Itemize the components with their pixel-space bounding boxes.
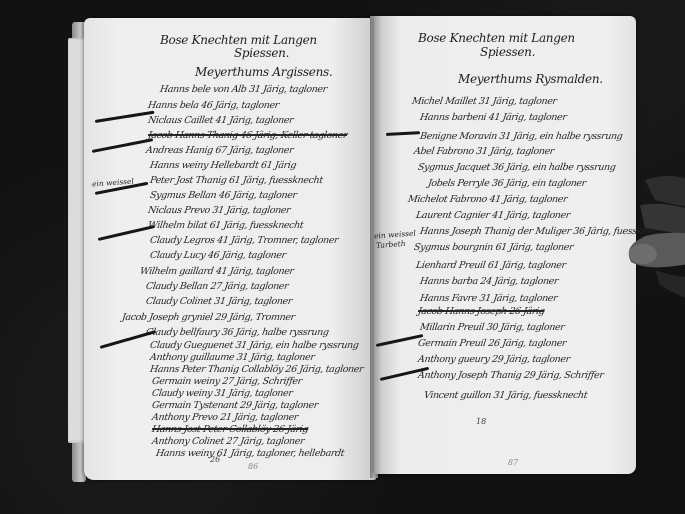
left-entry: Claudy Lucy 46 Järig, tagloner [149,250,286,261]
right-entry: Millarin Preuil 30 Järig, tagloner [419,322,565,333]
left-entry: Anthony Prevo 21 Järig, tagloner [151,412,298,423]
left-entry: Claudy bellfaury 36 Järig, halbe ryssrun… [145,327,329,338]
left-entry: Claudy Legros 41 Järig, Tromner, taglone… [149,235,339,246]
right-folio-number: 18 [476,417,486,426]
right-entry: Hanns barbeni 41 Järig, tagloner [419,112,567,123]
left-entry: Hanns bela 46 Järig, tagloner [147,100,279,111]
right-entry: Benigne Moravin 31 Järig, ein halbe ryss… [419,131,623,142]
left-folio-number: 26 [210,455,220,464]
left-subtitle: Meyerthums Argissens. [195,65,332,79]
right-title-line1: Bose Knechten mit Langen [418,31,575,45]
right-title-line2: Spiessen. [480,45,535,59]
left-entry: Andreas Hanig 67 Järig, tagloner [145,145,294,156]
right-entry: Germain Preuil 26 Järig, tagloner [417,338,567,349]
left-entry: Germain weiny 27 Järig, Schriffer [151,376,302,387]
left-entry: Peter Jost Thanig 61 Järig, fuessknecht [149,175,323,186]
left-entry: Niclaus Caillet 41 Järig, tagloner [147,115,294,126]
right-entry: Sygmus Jacquet 36 Järig, ein halbe ryssr… [417,162,616,173]
right-subtitle: Meyerthums Rysmalden. [458,72,603,86]
right-entry: Michelot Fabrono 41 Järig, tagloner [407,194,568,205]
right-entry: Anthony Joseph Thanig 29 Järig, Schriffe… [417,370,604,381]
left-entry-struck: Hanns Jost Peter Collablöy 26 Järig [151,424,309,435]
left-entry: Hanns Peter Thanig Collablöy 26 Järig, t… [149,364,364,375]
right-entry: Laurent Cagnier 41 Järig, tagloner [415,210,570,221]
left-entry: Anthony Colinet 27 Järig, tagloner [151,436,305,447]
left-entry: Claudy weiny 31 Järig, tagloner [151,388,293,399]
right-entry: Abel Fabrono 31 Järig, tagloner [413,146,554,157]
left-entry-struck: Jacob Hanns Thanig 46 Järig, Keller tagl… [147,130,348,141]
left-entry: Claudy Gueguenet 31 Järig, ein halbe rys… [149,340,359,351]
right-entry: Anthony gueury 29 Järig, tagloner [417,354,570,365]
left-entry: Niclaus Prevo 31 Järig, tagloner [147,205,291,216]
right-entry: Hanns barba 24 Järig, tagloner [419,276,559,287]
hand-holding-page [615,170,685,310]
left-entry: Wilhelm bilat 61 Järig, fuessknecht [147,220,304,231]
right-entry: Lienhard Preuil 61 Järig, tagloner [415,260,566,271]
right-entry: Michel Maillet 31 Järig, tagloner [411,96,557,107]
left-title-line2: Spiessen. [234,46,289,60]
left-entry: Hanns weiny Hellebardt 61 Järig [149,160,297,171]
left-entry: Jacob Joseph gryniel 29 Järig, Tromner [121,312,295,323]
left-entry: Germain Tystenant 29 Järig, tagloner [151,400,318,411]
left-title-line1: Bose Knechten mit Langen [160,33,317,47]
right-entry: Hanns Favre 31 Järig, tagloner [419,293,558,304]
left-entry: Claudy Colinet 31 Järig, tagloner [145,296,292,307]
left-entry: Hanns weiny 61 Järig, tagloner, hellebar… [155,448,345,459]
left-entry: Claudy Bellan 27 Järig, tagloner [145,281,289,292]
right-folio-stamp: 87 [508,458,518,467]
left-folio-stamp: 86 [248,462,258,471]
right-entry-struck: Jacob Hanns Joseph 26 Järig [417,306,545,317]
right-entry: Jobels Perryle 36 Järig, ein tagloner [427,178,586,189]
left-entry: Sygmus Bellan 46 Järig, tagloner [149,190,297,201]
right-entry: Vincent guillon 31 Järig, fuessknecht [423,390,588,401]
left-entry: Wilhelm gaillard 41 Järig, tagloner [139,266,294,277]
left-entry: Anthony guillaume 31 Järig, tagloner [149,352,315,363]
right-entry: Sygmus bourgnin 61 Järig, tagloner [413,242,574,253]
left-entry: Hanns bele von Alb 31 Järig, tagloner [159,84,327,95]
